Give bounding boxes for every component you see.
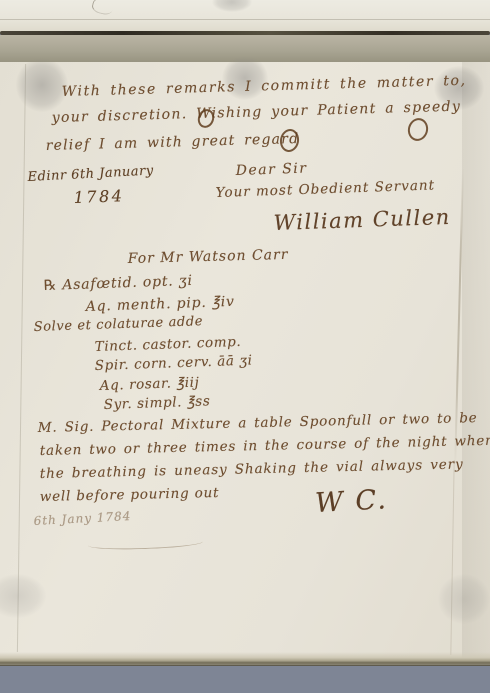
paper-crease (0, 19, 490, 20)
page-stack-bottom-edge (0, 652, 490, 666)
letter-year: 1784 (73, 186, 124, 207)
letter-salutation: Dear Sir (235, 161, 307, 179)
pen-squiggle-mark (91, 0, 115, 16)
manuscript-photo: With these remarks I committ the matter … (0, 0, 490, 693)
initials-monogram: W C. (314, 484, 388, 519)
stain-mark (16, 58, 68, 112)
stain-mark (438, 574, 490, 624)
